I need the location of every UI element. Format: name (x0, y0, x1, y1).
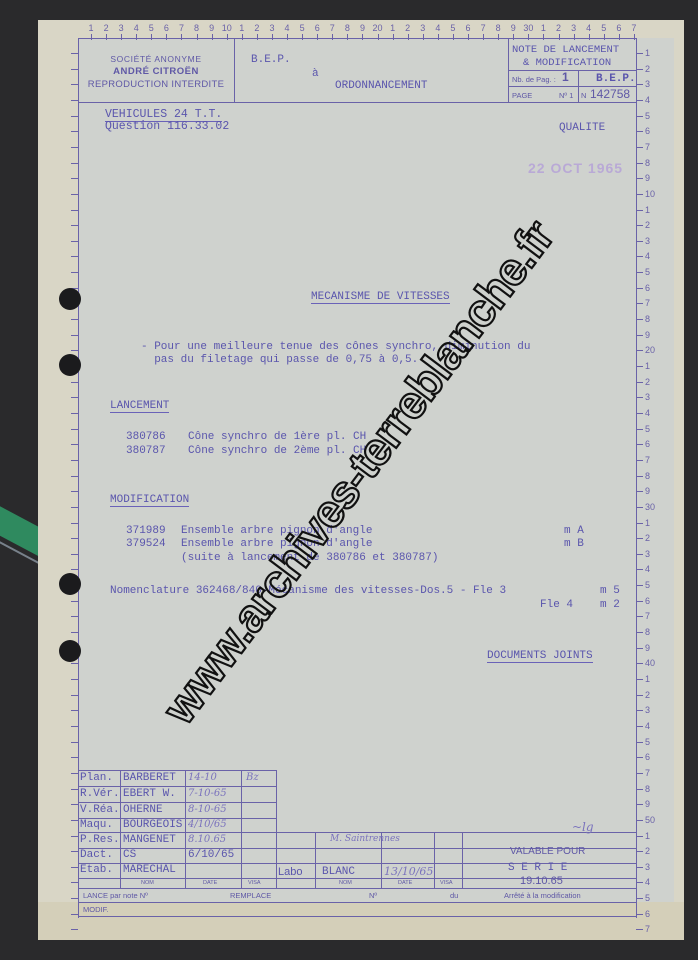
frame-right (636, 38, 637, 918)
ruler-tick (636, 53, 643, 54)
ruler-tick (71, 695, 78, 696)
ruler-tick (634, 34, 635, 40)
ruler-label: 6 (315, 23, 320, 33)
ruler-tick (636, 413, 643, 414)
ruler-tick (71, 836, 78, 837)
ruler-tick (636, 444, 643, 445)
ruler-label: 3 (645, 862, 650, 872)
ruler-label: 1 (541, 23, 546, 33)
ruler-label: 3 (645, 79, 650, 89)
ruler-label: 2 (645, 64, 650, 74)
ruler-label: 30 (523, 23, 533, 33)
ruler-tick (71, 460, 78, 461)
ruler-label: 7 (645, 142, 650, 152)
ruler-label: 40 (645, 658, 655, 668)
ruler-label: 2 (645, 846, 650, 856)
note-title-2: & MODIFICATION (523, 57, 611, 69)
ruler-tick (636, 256, 643, 257)
ruler-tick (71, 241, 78, 242)
ruler-label: 5 (450, 23, 455, 33)
ruler-tick (636, 69, 643, 70)
col-date-label: DATE (203, 880, 217, 886)
ruler-label: 1 (645, 48, 650, 58)
signature-date: 4/10/65 (188, 819, 227, 830)
ruler-label: 5 (645, 580, 650, 590)
ruler-tick (636, 929, 643, 930)
col-nom-label: NOM (141, 880, 154, 886)
ruler-label: 5 (645, 424, 650, 434)
ruler-tick (438, 34, 439, 40)
ruler-tick (71, 742, 78, 743)
ruler-tick (71, 507, 78, 508)
ruler-label: 7 (481, 23, 486, 33)
paper-margin-bottom (38, 902, 684, 940)
footer-line-3 (78, 916, 637, 917)
ruler-label: 2 (645, 377, 650, 387)
ruler-tick (636, 882, 643, 883)
ruler-label: 8 (645, 158, 650, 168)
ruler-label: 8 (345, 23, 350, 33)
ruler-tick (636, 538, 643, 539)
serie-date: 19.10.65 (520, 875, 563, 887)
ruler-label: 4 (645, 721, 650, 731)
ruler-label: 7 (330, 23, 335, 33)
ruler-label: 4 (586, 23, 591, 33)
ruler-label: 9 (645, 173, 650, 183)
ruler-tick (166, 34, 167, 40)
header-bottom-line (78, 102, 637, 103)
ruler-label: 2 (405, 23, 410, 33)
ruler-tick (71, 319, 78, 320)
footer-line-2 (78, 902, 637, 903)
ruler-tick (71, 272, 78, 273)
nomenclature-line-1: Nomenclature 362468/840-Mécanisme des vi… (110, 585, 506, 597)
modification-heading: MODIFICATION (110, 494, 189, 507)
ruler-tick (71, 538, 78, 539)
ruler-label: 5 (645, 267, 650, 277)
note-number: 142758 (590, 87, 630, 101)
to-word: à (312, 68, 319, 80)
ruler-label: 4 (435, 23, 440, 33)
ruler-tick (636, 194, 643, 195)
ruler-tick (636, 116, 643, 117)
ruler-tick (636, 554, 643, 555)
ruler-tick (453, 34, 454, 40)
ruler-label: 5 (645, 893, 650, 903)
ruler-tick (636, 382, 643, 383)
page-label: PAGE (512, 91, 532, 100)
sig-col-divider (315, 832, 316, 888)
ruler-label: 3 (269, 23, 274, 33)
ruler-label: 3 (645, 705, 650, 715)
ruler-label: 9 (645, 643, 650, 653)
ruler-tick (272, 34, 273, 40)
ruler-tick (636, 695, 643, 696)
note-title-1: NOTE DE LANCEMENT (512, 44, 619, 56)
ruler-tick (636, 210, 643, 211)
ruler-label: 4 (645, 877, 650, 887)
footer-num: Nº (369, 891, 377, 900)
ruler-label: 9 (645, 486, 650, 496)
ruler-tick (71, 914, 78, 915)
ruler-label: 7 (645, 768, 650, 778)
nomenclature-mark-2: m 2 (600, 599, 620, 611)
ruler-tick (636, 225, 643, 226)
modification-ref-1: 371989 (126, 525, 166, 537)
ruler-tick (636, 272, 643, 273)
ruler-tick (636, 84, 643, 85)
ruler-tick (636, 100, 643, 101)
col-visa-label: VISA (248, 880, 261, 886)
ruler-tick (71, 84, 78, 85)
footer-arrete: Arrêté à la modification (504, 891, 581, 900)
ruler-tick (71, 100, 78, 101)
ruler-tick (71, 413, 78, 414)
ruler-tick (242, 34, 243, 40)
sig-col-divider (462, 832, 463, 888)
signature-name: OHERNE (123, 804, 163, 816)
sig-col-divider (120, 770, 121, 888)
ruler-tick (636, 350, 643, 351)
ruler-label: 7 (631, 23, 636, 33)
binder-hole (59, 288, 81, 310)
ruler-tick (636, 836, 643, 837)
ruler-tick (483, 34, 484, 40)
sig-grid-row (78, 786, 276, 787)
ruler-tick (393, 34, 394, 40)
ruler-label: 6 (645, 283, 650, 293)
signature-name: EBERT W. (123, 788, 176, 800)
ruler-label: 8 (645, 314, 650, 324)
signature-date: 14-10 (188, 772, 217, 783)
sig-grid-top (78, 770, 276, 771)
footer-line-1 (78, 888, 637, 889)
ruler-tick (636, 851, 643, 852)
ruler-tick (636, 288, 643, 289)
to-dept: ORDONNANCEMENT (335, 80, 427, 92)
ruler-tick (636, 178, 643, 179)
ruler-tick (636, 789, 643, 790)
company-block: SOCIÉTÉ ANONYME ANDRÉ CITROËN REPRODUCTI… (78, 50, 234, 102)
ruler-label: 6 (645, 752, 650, 762)
question-ref: Question 116.33.02 (105, 120, 229, 133)
ruler-label: 5 (645, 737, 650, 747)
ruler-tick (636, 742, 643, 743)
ruler-label: 6 (645, 126, 650, 136)
ruler-tick (408, 34, 409, 40)
ruler-tick (468, 34, 469, 40)
signature-role: Etab. (80, 864, 113, 876)
ruler-tick (71, 476, 78, 477)
header-divider-3 (578, 70, 579, 103)
ruler-tick (71, 726, 78, 727)
ruler-tick (636, 663, 643, 664)
ruler-tick (636, 429, 643, 430)
ruler-tick (317, 34, 318, 40)
signature-name: BOURGEOIS (123, 819, 182, 831)
footer-du: du (450, 891, 458, 900)
ruler-label: 4 (645, 564, 650, 574)
ruler-tick (71, 929, 78, 930)
ruler-label: 1 (88, 23, 93, 33)
ruler-tick (636, 491, 643, 492)
ruler-label: 9 (209, 23, 214, 33)
ruler-label: 30 (645, 502, 655, 512)
ruler-tick (636, 131, 643, 132)
ruler-label: 5 (300, 23, 305, 33)
ruler-tick (636, 319, 643, 320)
company-name: ANDRÉ CITROËN (78, 66, 234, 77)
ruler-tick (71, 131, 78, 132)
ruler-label: 7 (645, 455, 650, 465)
binder-hole (59, 354, 81, 376)
ruler-tick (71, 69, 78, 70)
ruler-label: 5 (601, 23, 606, 33)
ruler-tick (71, 882, 78, 883)
note-number-label: N (581, 91, 586, 100)
ruler-label: 1 (645, 518, 650, 528)
nb-pages-value: 1 (562, 70, 569, 84)
ruler-label: 1 (645, 205, 650, 215)
ruler-tick (71, 757, 78, 758)
ruler-tick (71, 632, 78, 633)
ruler-label: 7 (645, 298, 650, 308)
ruler-tick (378, 34, 379, 40)
ruler-tick (71, 491, 78, 492)
ruler-tick (498, 34, 499, 40)
binder-hole (59, 640, 81, 662)
signature-name: MARECHAL (123, 864, 176, 876)
ruler-label: 1 (645, 674, 650, 684)
ruler-tick (71, 820, 78, 821)
ruler-tick (636, 397, 643, 398)
footer-remplace: REMPLACE (230, 891, 271, 900)
ruler-tick (71, 335, 78, 336)
ruler-label: 5 (149, 23, 154, 33)
ruler-label: 2 (645, 533, 650, 543)
ruler-label: 4 (285, 23, 290, 33)
signature-date: 8-10-65 (188, 804, 227, 815)
ruler-label: 4 (645, 95, 650, 105)
ruler-tick (636, 898, 643, 899)
ruler-left (68, 38, 78, 918)
ruler-label: 4 (645, 251, 650, 261)
frame-top (78, 38, 637, 39)
footer-lance: LANCE par note Nº (83, 891, 148, 900)
ruler-tick (71, 554, 78, 555)
sig-grid-row (78, 802, 276, 803)
description-line-2: pas du filetage qui passe de 0,75 à 0,5. (141, 354, 418, 366)
ruler-tick (71, 898, 78, 899)
ruler-tick (362, 34, 363, 40)
signature-date: 7-10-65 (188, 788, 227, 799)
labo-col-nom-label: NOM (339, 880, 352, 886)
labo-date: 13/10/65 (384, 865, 433, 878)
ruler-tick (181, 34, 182, 40)
ruler-label: 9 (645, 330, 650, 340)
ruler-tick (528, 34, 529, 40)
ruler-tick (71, 851, 78, 852)
ruler-tick (589, 34, 590, 40)
ruler-label: 9 (511, 23, 516, 33)
ruler-label: 1 (645, 361, 650, 371)
ruler-label: 6 (645, 909, 650, 919)
labo-role: Labo (278, 866, 302, 878)
ruler-tick (636, 585, 643, 586)
ruler-tick (636, 163, 643, 164)
ruler-tick (71, 444, 78, 445)
binder-hole (59, 573, 81, 595)
ruler-tick (636, 460, 643, 461)
ruler-tick (71, 382, 78, 383)
signature-role: V.Réa. (80, 804, 120, 816)
ruler-tick (71, 679, 78, 680)
ruler-tick (604, 34, 605, 40)
ruler-label: 7 (645, 611, 650, 621)
ruler-tick (636, 366, 643, 367)
ruler-tick (71, 569, 78, 570)
sig-col-divider (434, 832, 435, 888)
page-number: Nº 1 (559, 91, 573, 100)
ruler-label: 1 (239, 23, 244, 33)
ruler-tick (91, 34, 92, 40)
ruler-label: 10 (645, 189, 655, 199)
ruler-tick (636, 601, 643, 602)
ruler-tick (636, 867, 643, 868)
labo-col-visa-label: VISA (440, 880, 453, 886)
ruler-right: 1234567891012345678920123456789301234567… (636, 38, 682, 918)
from-dept: B.E.P. (251, 54, 291, 66)
service-label: QUALITE (559, 122, 605, 134)
ruler-tick (636, 523, 643, 524)
ruler-label: 8 (645, 784, 650, 794)
ruler-tick (71, 178, 78, 179)
ruler-tick (136, 34, 137, 40)
header-divider-1 (234, 38, 235, 103)
ruler-tick (423, 34, 424, 40)
ruler-label: 7 (645, 924, 650, 934)
ruler-tick (197, 34, 198, 40)
ruler-tick (71, 210, 78, 211)
ruler-tick (227, 34, 228, 40)
ruler-tick (636, 632, 643, 633)
signature-visa: Bz (246, 772, 259, 783)
ruler-tick (257, 34, 258, 40)
ruler-label: 8 (496, 23, 501, 33)
company-line-3: REPRODUCTION INTERDITE (78, 79, 234, 90)
ruler-label: 10 (222, 23, 232, 33)
ruler-tick (619, 34, 620, 40)
ruler-tick (332, 34, 333, 40)
ruler-tick (71, 804, 78, 805)
signature-role: P.Res. (80, 834, 120, 846)
signature-date: 6/10/65 (188, 849, 234, 861)
signature-date: 8.10.65 (188, 834, 226, 845)
signature-name: BARBERET (123, 772, 176, 784)
ruler-top: 1234567891012345678920123456789301234567 (78, 20, 674, 40)
ruler-tick (71, 397, 78, 398)
ruler-tick (121, 34, 122, 40)
approval-signature: ~lg (572, 820, 594, 834)
signature-name: MANGENET (123, 834, 176, 846)
lancement-ref-2: 380787 (126, 445, 166, 457)
ruler-tick (71, 616, 78, 617)
ruler-label: 9 (360, 23, 365, 33)
ruler-tick (71, 523, 78, 524)
ruler-tick (71, 429, 78, 430)
dept-code: B.E.P. (596, 73, 636, 85)
ruler-label: 8 (194, 23, 199, 33)
ruler-label: 2 (645, 220, 650, 230)
document-title: MECANISME DE VITESSES (311, 291, 450, 304)
ruler-tick (71, 163, 78, 164)
ruler-tick (71, 225, 78, 226)
ruler-tick (212, 34, 213, 40)
ruler-label: 3 (645, 392, 650, 402)
lancement-heading: LANCEMENT (110, 400, 169, 413)
sig-grid-row (78, 832, 637, 833)
company-line-1: SOCIÉTÉ ANONYME (78, 54, 234, 64)
ruler-tick (636, 241, 643, 242)
ruler-label: 2 (254, 23, 259, 33)
ruler-tick (513, 34, 514, 40)
ruler-tick (559, 34, 560, 40)
ruler-label: 6 (645, 596, 650, 606)
ruler-tick (636, 726, 643, 727)
ruler-tick (71, 773, 78, 774)
lancement-label-1: Cône synchro de 1ère pl. CH (188, 431, 366, 443)
ruler-tick (347, 34, 348, 40)
ruler-tick (71, 867, 78, 868)
header-hline-1 (508, 70, 637, 71)
ruler-tick (71, 147, 78, 148)
ruler-label: 4 (134, 23, 139, 33)
ruler-tick (71, 663, 78, 664)
ruler-tick (636, 507, 643, 508)
signature-role: Plan. (80, 772, 113, 784)
ruler-label: 8 (645, 471, 650, 481)
modification-ref-2: 379524 (126, 538, 166, 550)
ruler-label: 3 (645, 549, 650, 559)
ruler-tick (302, 34, 303, 40)
ruler-label: 1 (390, 23, 395, 33)
ruler-label: 2 (104, 23, 109, 33)
ruler-tick (636, 569, 643, 570)
ruler-label: 6 (466, 23, 471, 33)
ruler-tick (636, 679, 643, 680)
ruler-label: 4 (645, 408, 650, 418)
ruler-tick (636, 335, 643, 336)
ruler-label: 3 (571, 23, 576, 33)
ruler-tick (636, 710, 643, 711)
ruler-tick (636, 757, 643, 758)
lancement-ref-1: 380786 (126, 431, 166, 443)
ruler-tick (71, 350, 78, 351)
modification-mark-2: m B (564, 538, 584, 550)
ruler-tick (636, 476, 643, 477)
ruler-tick (71, 53, 78, 54)
signature-name: CS (123, 849, 136, 861)
ruler-label: 9 (645, 799, 650, 809)
ruler-tick (71, 194, 78, 195)
ruler-tick (151, 34, 152, 40)
ruler-tick (106, 34, 107, 40)
signature-role: Dact. (80, 849, 113, 861)
signature-role: R.Vér. (80, 788, 120, 800)
ruler-tick (636, 303, 643, 304)
sig-col-divider (276, 770, 277, 888)
ruler-tick (636, 820, 643, 821)
